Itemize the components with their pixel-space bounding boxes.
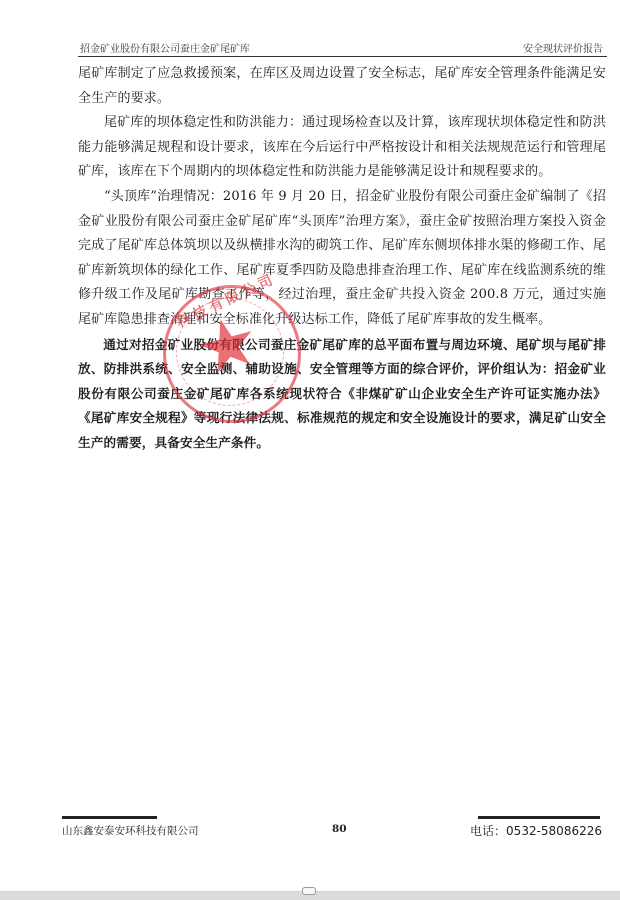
document-page: 招金矿业股份有限公司蚕庄金矿尾矿库 安全现状评价报告 尾矿库制定了应急救援预案，…	[0, 0, 620, 893]
footer-company-name: 山东鑫安泰安环科技有限公司	[62, 823, 199, 838]
page-header: 招金矿业股份有限公司蚕庄金矿尾矿库 安全现状评价报告	[78, 38, 607, 57]
paragraph-overhead-reservoir-treatment: “头顶库”治理情况：2016 年 9 月 20 日，招金矿业股份有限公司蚕庄金矿…	[78, 185, 606, 333]
document-body: 尾矿库制定了应急救援预案，在库区及周边设置了安全标志，尾矿库安全管理条件能满足安…	[78, 62, 606, 456]
header-project-name: 招金矿业股份有限公司蚕庄金矿尾矿库	[80, 40, 250, 55]
footer-rule-left	[62, 816, 157, 819]
page-resize-handle[interactable]	[302, 887, 316, 895]
paragraph-emergency-plan: 尾矿库制定了应急救援预案，在库区及周边设置了安全标志，尾矿库安全管理条件能满足安…	[78, 62, 606, 111]
header-report-title: 安全现状评价报告	[523, 40, 603, 55]
footer-rule-right	[478, 816, 600, 819]
paragraph-dam-stability: 尾矿库的坝体稳定性和防洪能力：通过现场检查以及计算，该库现状坝体稳定性和防洪能力…	[78, 111, 606, 185]
page-number: 80	[332, 823, 347, 835]
paragraph-conclusion: 通过对招金矿业股份有限公司蚕庄金矿尾矿库的总平面布置与周边环境、尾矿坝与尾矿排放…	[78, 333, 606, 456]
footer-phone: 电话：0532-58086226	[470, 822, 602, 839]
